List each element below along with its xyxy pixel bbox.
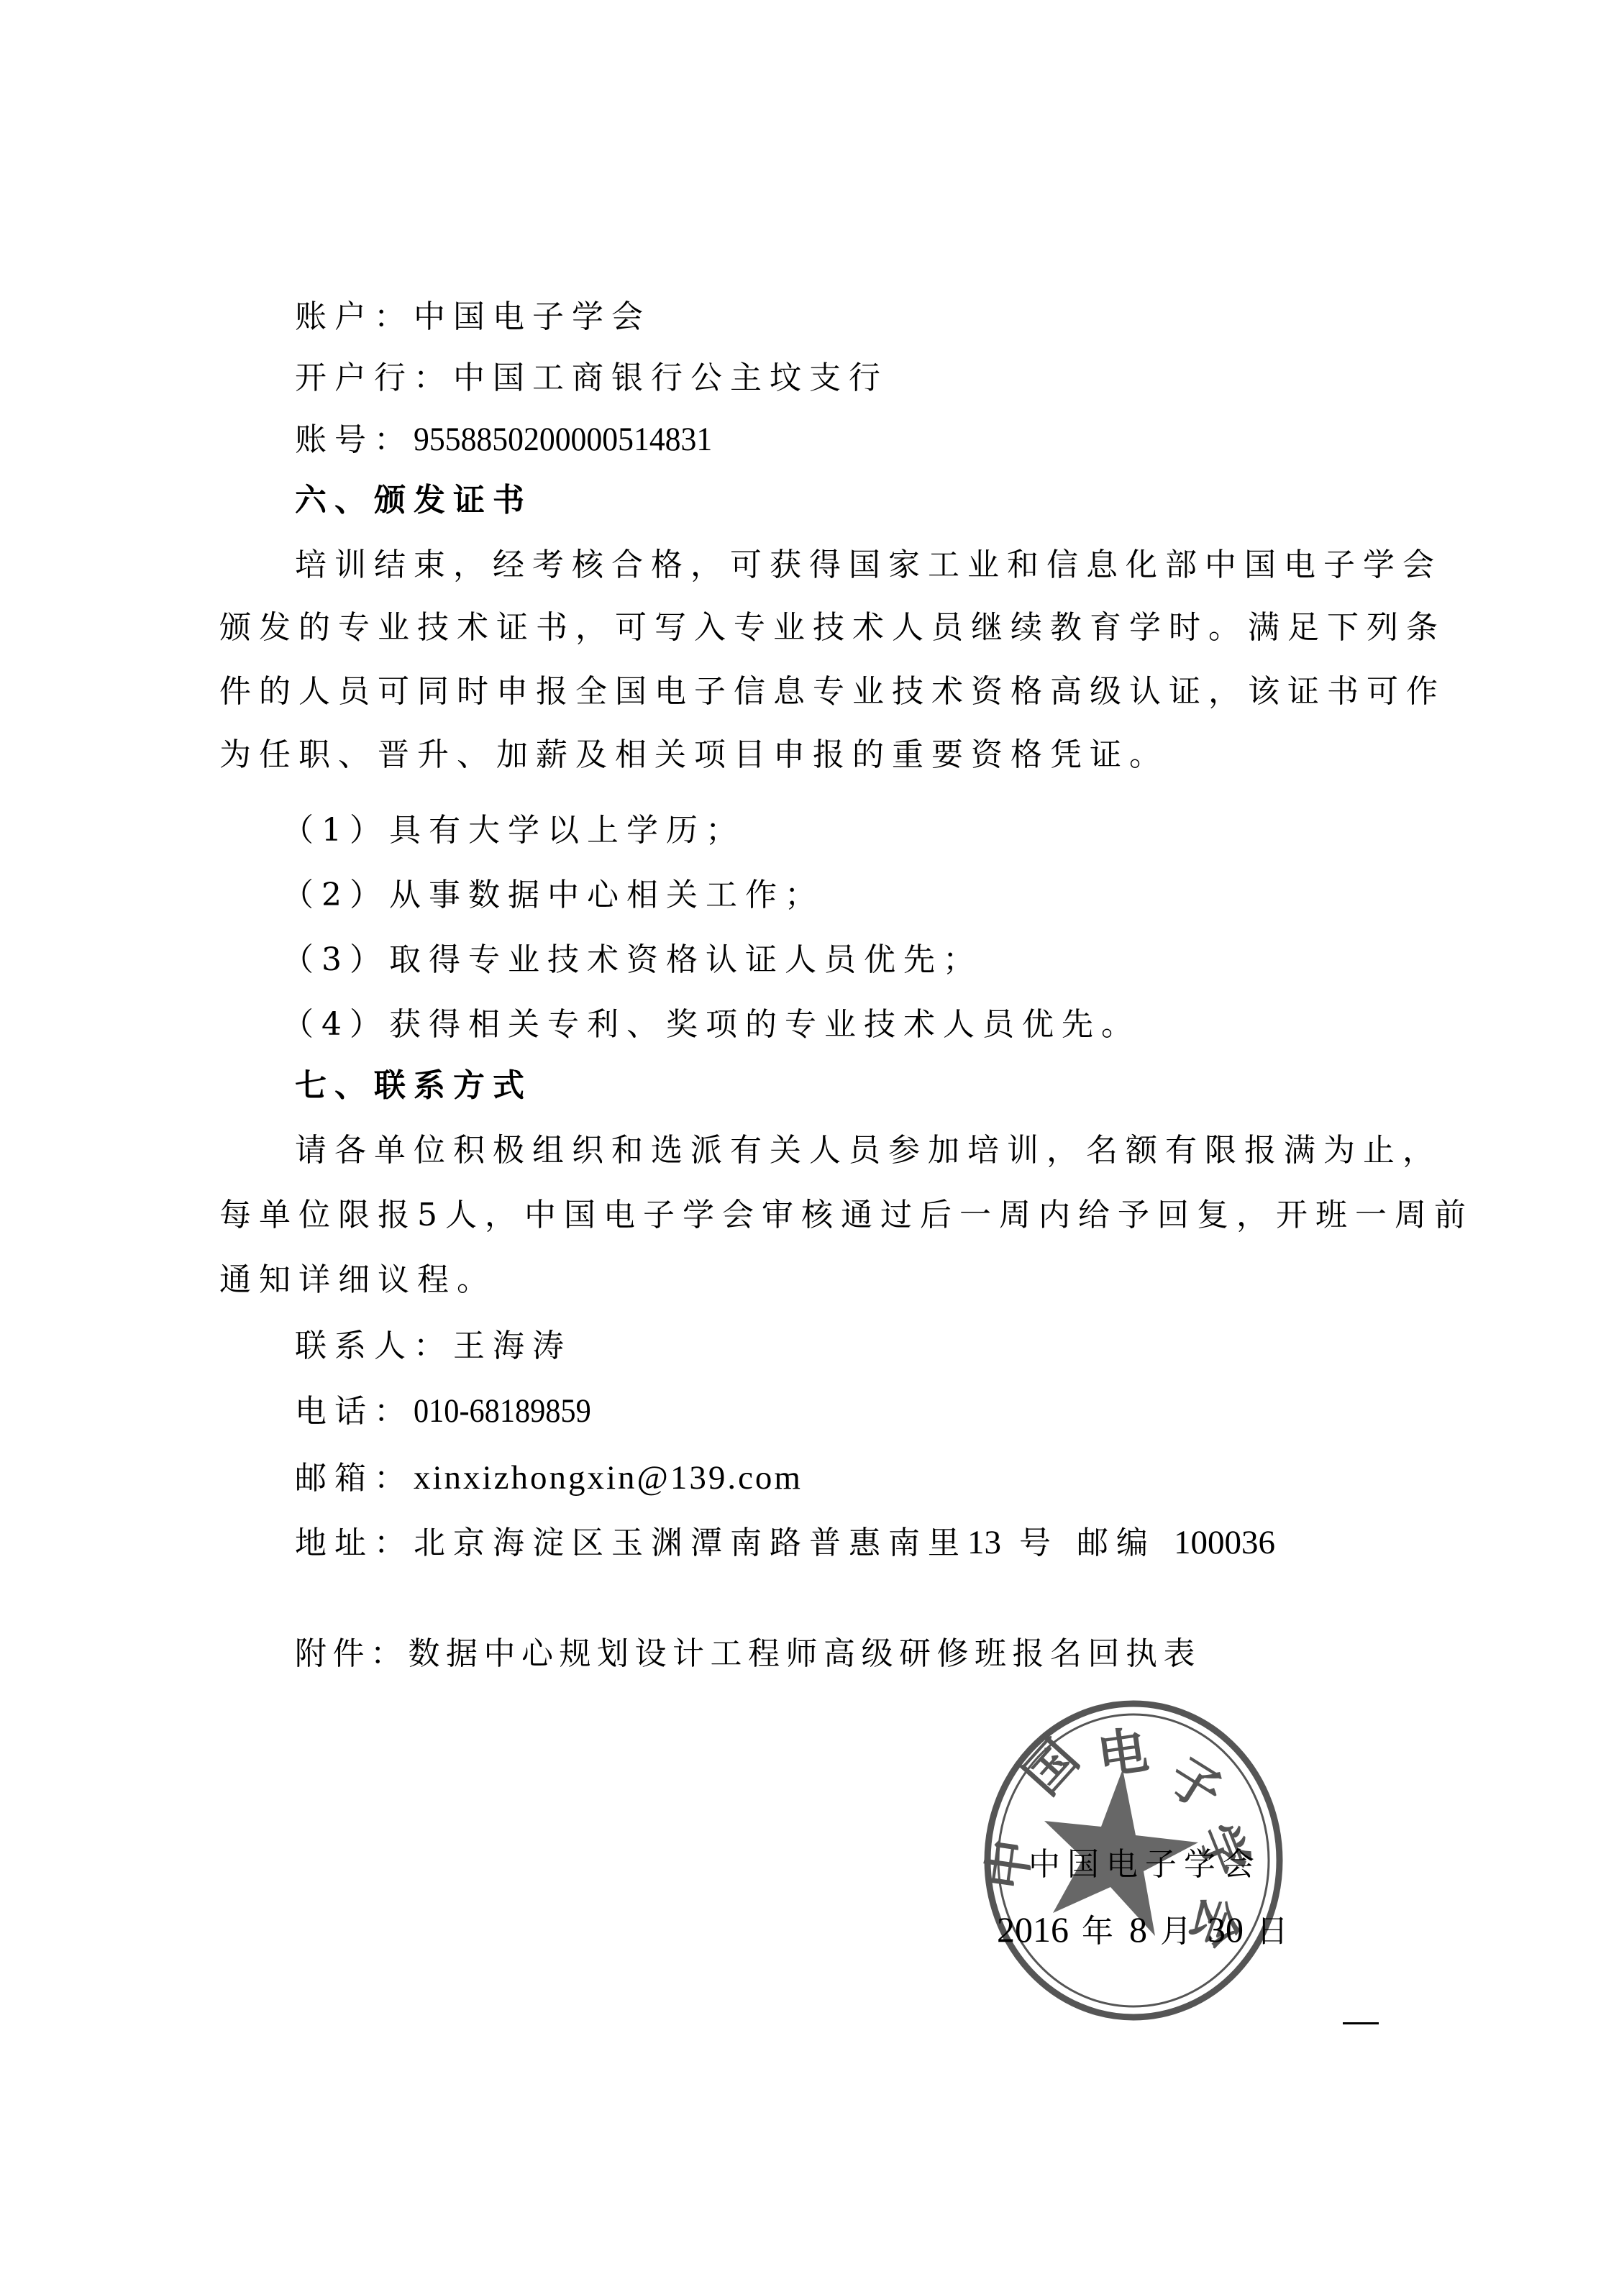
date-month-unit: 月 (1160, 1913, 1195, 1950)
postcode-value: 100036 (1174, 1524, 1275, 1561)
paragraph-line: 颁发的专业技术证书，可写入专业技术人员继续教育学时。满足下列条 (219, 595, 1413, 660)
phone-line: 电话：010-68189859 (295, 1379, 1489, 1443)
date-month: 8 (1129, 1909, 1147, 1950)
postcode-label: 邮编 (1077, 1525, 1156, 1561)
paragraph-line: 培训结束，经考核合格，可获得国家工业和信息化部中国电子学会 (295, 533, 1489, 598)
attachment-line[interactable]: 附件：数据中心规划设计工程师高级研修班报名回执表 (295, 1622, 1489, 1686)
condition-item: （3）取得专业技术资格认证人员优先； (282, 928, 1476, 992)
page-number-dash (1343, 2022, 1379, 2024)
email-link[interactable]: xinxizhongxin@139.com (414, 1446, 803, 1510)
paragraph-line: 为任职、晋升、加薪及相关项目申报的重要资格凭证。 (219, 723, 1413, 787)
account-number-label: 账号： (295, 421, 414, 458)
paragraph-line: 每单位限报5人，中国电子学会审核通过后一周内给予回复，开班一周前 (219, 1183, 1413, 1248)
contact-person-value: 王海涛 (453, 1328, 572, 1364)
section-7-heading: 七、联系方式 (295, 1054, 1489, 1118)
paragraph-line: 件的人员可同时申报全国电子信息专业技术资格高级认证，该证书可作 (219, 659, 1413, 724)
bank-label: 开户行： (295, 360, 453, 396)
contact-person-line: 联系人：王海涛 (295, 1314, 1489, 1379)
address-line: 地址：北京海淀区玉渊潭南路普惠南里13 号 邮编 100036 (295, 1510, 1489, 1575)
bank-line: 开户行：中国工商银行公主坟支行 (295, 346, 1489, 411)
email-line: 邮箱：xinxizhongxin@139.com (295, 1446, 1489, 1510)
account-number-line: 账号：9558850200000514831 (295, 407, 1489, 472)
account-name-value: 中国电子学会 (414, 298, 651, 335)
condition-item: （2）从事数据中心相关工作； (282, 863, 1476, 928)
account-name-line: 账户：中国电子学会 (295, 285, 1489, 350)
signature-date: 2016 年 8 月 30 日 (997, 1897, 1291, 1962)
svg-text:子: 子 (1158, 1746, 1232, 1823)
signature-organization: 中国电子学会 (1028, 1832, 1262, 1897)
svg-text:国: 国 (1013, 1729, 1090, 1806)
date-year: 2016 (997, 1909, 1069, 1950)
email-label: 邮箱： (295, 1460, 414, 1497)
condition-item: （1）具有大学以上学历； (282, 798, 1476, 863)
date-year-unit: 年 (1082, 1913, 1116, 1950)
phone-value: 010-68189859 (414, 1379, 591, 1443)
contact-person-label: 联系人： (295, 1328, 453, 1364)
account-name-label: 账户： (295, 298, 414, 335)
paragraph-line: 通知详细议程。 (219, 1248, 1413, 1312)
address-value: 北京海淀区玉渊潭南路普惠南里 (414, 1525, 967, 1561)
address-hao: 号 (1019, 1525, 1059, 1561)
phone-label: 电话： (295, 1393, 414, 1430)
account-number-value: 9558850200000514831 (414, 407, 712, 472)
date-day-unit: 日 (1256, 1913, 1291, 1950)
address-label: 地址： (295, 1525, 414, 1561)
bank-value: 中国工商银行公主坟支行 (453, 360, 888, 396)
svg-text:电: 电 (1094, 1721, 1152, 1786)
condition-item: （4）获得相关专利、奖项的专业技术人员优先。 (282, 992, 1476, 1057)
paragraph-line: 请各单位积极组织和选派有关人员参加培训，名额有限报满为止， (295, 1118, 1489, 1183)
section-6-heading: 六、颁发证书 (295, 468, 1489, 533)
date-day: 30 (1208, 1909, 1244, 1950)
address-number: 13 (967, 1524, 1001, 1561)
